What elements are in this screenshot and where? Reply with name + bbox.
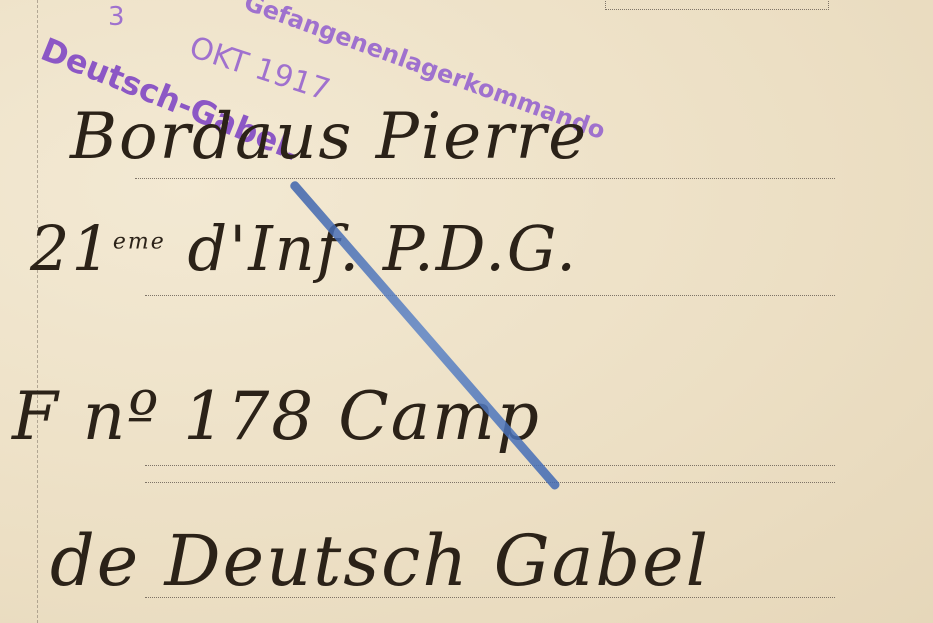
address-camp: F nº 178 Camp (12, 378, 541, 455)
stamp-day: 3 (108, 2, 125, 32)
address-line-2 (145, 295, 835, 296)
regiment-number: 21 (30, 212, 113, 285)
address-line-1 (135, 178, 835, 179)
divider-line-vertical (37, 0, 38, 623)
regiment-suffix: eme (113, 229, 166, 254)
stamp-box (605, 0, 829, 10)
address-regiment: 21eme d'Inf. P.D.G. (30, 212, 578, 285)
address-line-4 (145, 482, 835, 483)
address-town: de Deutsch Gabel (50, 520, 710, 602)
regiment-rest: d'Inf. P.D.G. (188, 212, 578, 285)
recipient-name: Bordaus Pierre (70, 100, 588, 174)
address-line-3 (145, 465, 835, 466)
